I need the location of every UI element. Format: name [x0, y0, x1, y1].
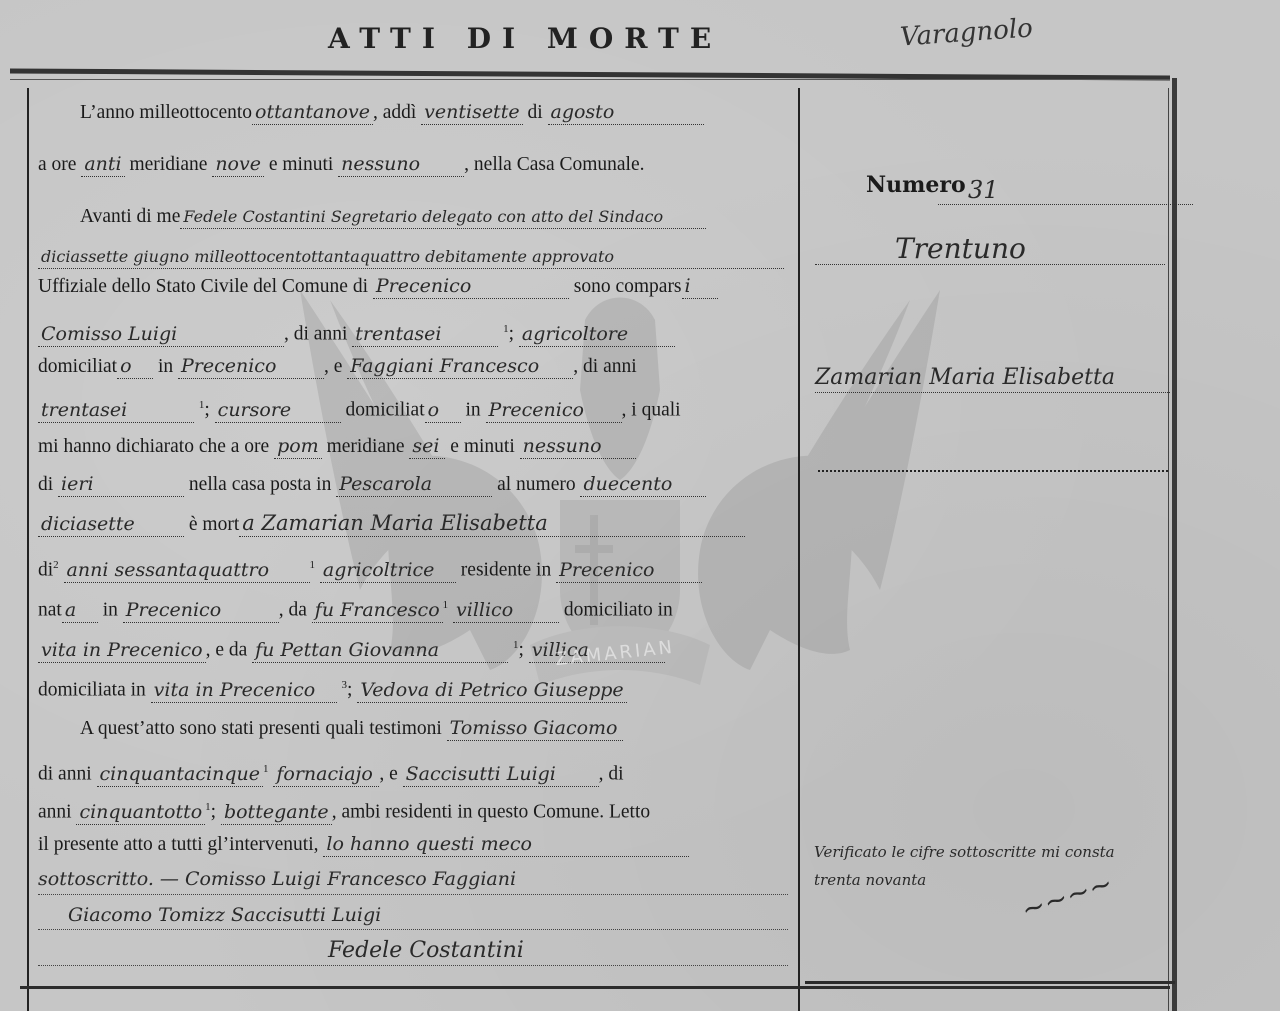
printed-text: L’anno milleottocento — [80, 102, 252, 123]
margin-dotted-line — [818, 470, 1168, 472]
printed-text: ; — [211, 802, 216, 823]
footnote-marker: 1 — [310, 559, 316, 571]
handwritten-minutes: nessuno — [341, 153, 420, 175]
printed-text: di — [38, 474, 53, 495]
printed-text: domiciliat — [38, 356, 117, 377]
printed-text: meridiane — [129, 154, 207, 175]
printed-text: ; — [519, 640, 524, 661]
handwritten-witness-1-occupation: fornaciajo — [276, 763, 373, 785]
record-line-8: trentasei 1; cursore domiciliato in Prec… — [38, 388, 788, 422]
handwritten-deceased-name: a Zamarian Maria Elisabetta — [242, 511, 548, 535]
record-line-15: domiciliata in vita in Precenico 3; Vedo… — [38, 668, 788, 702]
handwritten-place-death: Pescarola — [339, 473, 432, 495]
printed-text: Avanti di me — [80, 206, 180, 227]
record-line-18: anni cinquantotto1; bottegante, ambi res… — [38, 790, 788, 824]
record-line-2: a ore anti meridiane nove e minuti nessu… — [38, 148, 788, 182]
handwritten-suffix: a — [65, 599, 76, 621]
signature-line-1: sottoscritto. — Comisso Luigi Francesco … — [38, 864, 788, 895]
printed-text: , e da — [206, 640, 248, 661]
printed-text: domiciliata in — [38, 680, 146, 701]
handwritten-house-number-cont: diciasette — [41, 513, 135, 535]
printed-text: e minuti — [269, 154, 333, 175]
handwritten-witness-2-occupation: bottegante — [224, 801, 329, 823]
margin-deceased-name: Zamarian Maria Elisabetta — [815, 364, 1170, 393]
left-border — [27, 88, 29, 1011]
handwritten-deceased-age: anni sessantaquattro — [67, 559, 269, 581]
printed-text: domiciliat — [346, 400, 425, 421]
printed-text: in — [466, 400, 481, 421]
record-line-1: L’anno milleottocentoottantanove, addì v… — [38, 96, 830, 130]
printed-text: , di anni — [573, 356, 636, 377]
margin-bottom-border — [805, 981, 1175, 984]
printed-text: è mort — [189, 514, 239, 535]
handwritten-occupation-2: cursore — [218, 399, 291, 421]
printed-text: di — [38, 560, 53, 581]
handwritten-mother-domicile: vita in Precenico — [154, 679, 316, 701]
handwritten-officer: Fedele Costantini Segretario delegato co… — [183, 207, 663, 226]
printed-text: ; — [347, 680, 352, 701]
printed-text: in — [158, 356, 173, 377]
printed-text: nat — [38, 600, 62, 621]
handwritten-residence: Precenico — [559, 559, 654, 581]
handwritten-witness-2: Saccisutti Luigi — [406, 763, 556, 785]
handwritten-father: fu Francesco — [315, 599, 440, 621]
handwritten-age-2: trentasei — [41, 399, 127, 421]
handwritten-minutes-death: nessuno — [523, 435, 602, 457]
verification-line-1: Verificato le cifre sottoscritte mi cons… — [814, 838, 1174, 866]
printed-text: di anni — [38, 764, 92, 785]
printed-text: ; — [204, 400, 209, 421]
record-line-11: diciasette è morta Zamarian Maria Elisab… — [38, 508, 788, 542]
top-border-thin — [10, 79, 1170, 80]
handwritten-witness-1-age: cinquantacinque — [100, 763, 260, 785]
handwritten-signatures-1: sottoscritto. — Comisso Luigi Francesco … — [38, 868, 516, 890]
record-line-10: di ieri nella casa posta in Pescarola al… — [38, 468, 788, 502]
verification-note: Verificato le cifre sottoscritte mi cons… — [814, 838, 1174, 894]
printed-text: , nella Casa Comunale. — [464, 154, 644, 175]
document-title: ATTI DI MORTE — [328, 22, 722, 55]
handwritten-suffix: i — [685, 275, 691, 297]
handwritten-hour: nove — [215, 153, 261, 175]
printed-text: a ore — [38, 154, 76, 175]
signature-line-3: Fedele Costantini — [38, 936, 788, 966]
record-line-4: diciassette giugno milleottocentottantaq… — [38, 240, 788, 274]
handwritten-comune: Precenico — [376, 275, 471, 297]
printed-text: , e — [379, 764, 397, 785]
record-number-words: Trentuno — [815, 234, 1165, 265]
handwritten-witness-1: Tomisso Giacomo — [450, 717, 618, 739]
handwritten-officer-signature: Fedele Costantini — [328, 938, 524, 963]
record-line-16: A quest’atto sono stati presenti quali t… — [38, 712, 830, 746]
handwritten-signatures-2: Giacomo Tomizz Saccisutti Luigi — [68, 904, 381, 926]
handwritten-year: ottantanove — [255, 101, 370, 123]
printed-text: , da — [279, 600, 307, 621]
handwritten-meridian-death: pom — [277, 435, 319, 457]
printed-text: nella casa posta in — [189, 474, 331, 495]
record-line-9: mi hanno dichiarato che a ore pom meridi… — [38, 430, 788, 464]
bottom-border — [20, 986, 1170, 989]
handwritten-month: agosto — [551, 101, 615, 123]
record-line-5: Uffiziale dello Stato Civile del Comune … — [38, 270, 788, 304]
printed-text: , ambi residenti in questo Comune. Letto — [332, 802, 650, 823]
printed-text: ; — [509, 324, 514, 345]
record-line-3: Avanti di meFedele Costantini Segretario… — [38, 200, 830, 234]
printed-text: residente in — [461, 560, 551, 581]
handwritten-meridian: anti — [84, 153, 121, 175]
record-number: 31 — [938, 176, 1193, 205]
handwritten-delegation: diciassette giugno milleottocentottantaq… — [41, 247, 614, 266]
printed-text: , i quali — [622, 400, 681, 421]
printed-text: sono compars — [574, 276, 682, 297]
printed-text: il presente atto a tutti gl’intervenuti, — [38, 834, 319, 855]
footnote-marker: 1 — [443, 599, 449, 611]
record-line-7: domiciliato in Precenico, e Faggiani Fra… — [38, 350, 788, 384]
handwritten-father-occupation: villico — [456, 599, 513, 621]
record-line-6: Comisso Luigi, di anni trentasei 1; agri… — [38, 312, 788, 346]
printed-text: domiciliato in — [564, 600, 673, 621]
handwritten-day: ventisette — [424, 101, 519, 123]
handwritten-suffix: o — [120, 355, 131, 377]
handwritten-suffix: o — [428, 399, 439, 421]
handwritten-house-number: duecento — [583, 473, 672, 495]
record-line-12: di2 anni sessantaquattro1 agricoltrice r… — [38, 548, 788, 582]
record-line-13: nata in Precenico, da fu Francesco1 vill… — [38, 588, 788, 622]
printed-text: Uffiziale dello Stato Civile del Comune … — [38, 276, 368, 297]
signature-line-2: Giacomo Tomizz Saccisutti Luigi — [38, 900, 788, 930]
printed-text: anni — [38, 802, 72, 823]
handwritten-mother: fu Pettan Giovanna — [255, 639, 439, 661]
printed-text: , di — [599, 764, 624, 785]
printed-text: A quest’atto sono stati presenti quali t… — [80, 718, 442, 739]
footnote-marker: 1 — [263, 763, 269, 775]
verification-line-2: trenta novanta — [814, 866, 1174, 894]
printed-text: meridiane — [327, 436, 405, 457]
handwritten-hour-death: sei — [412, 435, 439, 457]
printed-text: mi hanno dichiarato che a ore — [38, 436, 269, 457]
footnote-marker: 2 — [53, 559, 59, 571]
handwritten-age-1: trentasei — [355, 323, 441, 345]
record-line-17: di anni cinquantacinque1 fornaciajo, e S… — [38, 752, 788, 786]
printed-text: , di anni — [284, 324, 347, 345]
handwritten-occupation-1: agricoltore — [522, 323, 628, 345]
printed-text: in — [103, 600, 118, 621]
handwritten-deceased-occupation: agricoltrice — [323, 559, 435, 581]
handwritten-domicile-2: Precenico — [489, 399, 584, 421]
printed-text: , e — [324, 356, 342, 377]
printed-text: , addì — [373, 102, 416, 123]
printed-text: e minuti — [450, 436, 514, 457]
handwritten-marital-status: Vedova di Petrico Giuseppe — [360, 679, 623, 701]
handwritten-birthplace: Precenico — [126, 599, 221, 621]
printed-text: al numero — [497, 474, 576, 495]
handwritten-declarant-1: Comisso Luigi — [41, 323, 177, 345]
handwritten-declarant-2: Faggiani Francesco — [350, 355, 539, 377]
handwritten-closing: lo hanno questi meco — [326, 833, 532, 855]
handwritten-domicile-1: Precenico — [181, 355, 276, 377]
handwritten-father-domicile: vita in Precenico — [41, 639, 203, 661]
handwritten-witness-2-age: cinquantotto — [79, 801, 202, 823]
record-line-19: il presente atto a tutti gl’intervenuti,… — [38, 828, 788, 862]
printed-text: di — [527, 102, 542, 123]
handwritten-day-death: ieri — [61, 473, 93, 495]
